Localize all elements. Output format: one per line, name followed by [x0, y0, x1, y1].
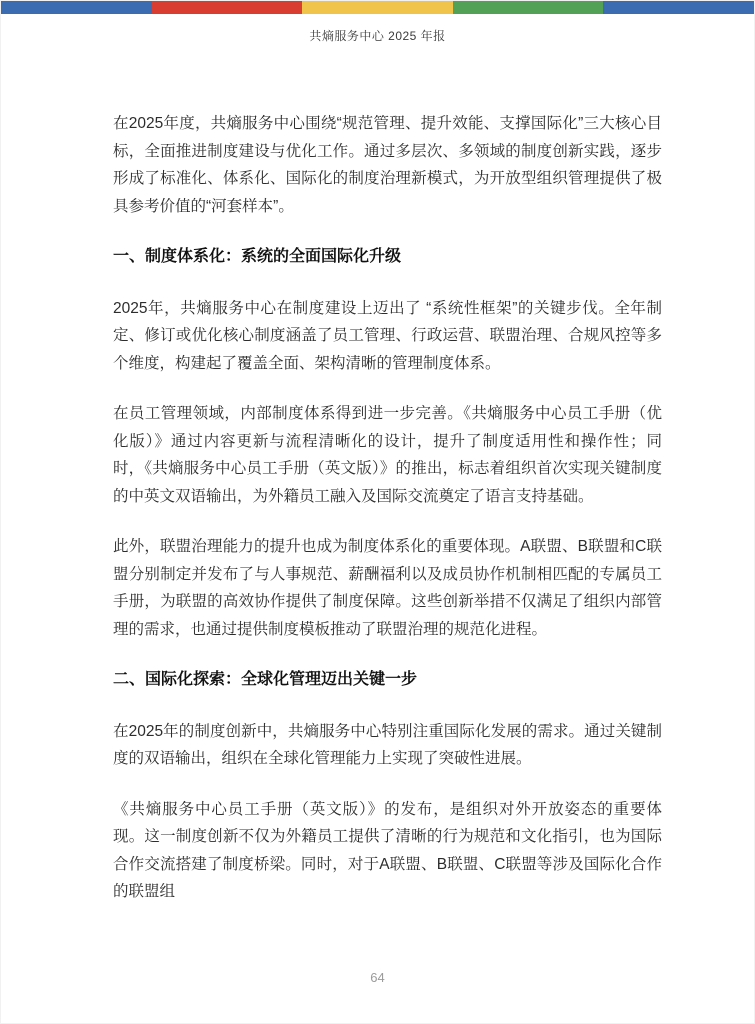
- accent-bar: [1, 1, 754, 14]
- document-body: 在2025年度，共熵服务中心围绕“规范管理、提升效能、支撑国际化”三大核心目标，…: [113, 110, 662, 906]
- accent-bar-segment-yellow: [302, 1, 453, 14]
- section-2-paragraph-2: 《共熵服务中心员工手册（英文版）》的发布，是组织对外开放姿态的重要体现。这一制度…: [113, 796, 662, 906]
- accent-bar-segment-blue-left: [1, 1, 152, 14]
- section-1-paragraph-1: 2025年，共熵服务中心在制度建设上迈出了 “系统性框架”的关键步伐。全年制定、…: [113, 295, 662, 378]
- page-number: 64: [370, 970, 384, 985]
- section-1-heading: 一、制度体系化：系统的全面国际化升级: [113, 243, 662, 271]
- section-2-paragraph-1: 在2025年的制度创新中，共熵服务中心特别注重国际化发展的需求。通过关键制度的双…: [113, 718, 662, 773]
- report-page: 共熵服务中心 2025 年报 在2025年度，共熵服务中心围绕“规范管理、提升效…: [0, 0, 755, 1024]
- intro-paragraph: 在2025年度，共熵服务中心围绕“规范管理、提升效能、支撑国际化”三大核心目标，…: [113, 110, 662, 220]
- accent-bar-segment-blue-right: [603, 1, 754, 14]
- accent-bar-segment-red: [152, 1, 303, 14]
- report-title: 共熵服务中心 2025 年报: [309, 29, 445, 43]
- section-1-paragraph-2: 在员工管理领域，内部制度体系得到进一步完善。《共熵服务中心员工手册（优化版）》通…: [113, 400, 662, 510]
- section-1-paragraph-3: 此外，联盟治理能力的提升也成为制度体系化的重要体现。A联盟、B联盟和C联盟分别制…: [113, 533, 662, 643]
- page-header: 共熵服务中心 2025 年报: [1, 27, 754, 44]
- accent-bar-segment-green: [453, 1, 604, 14]
- page-footer: 64: [1, 970, 754, 985]
- section-2-heading: 二、国际化探索：全球化管理迈出关键一步: [113, 666, 662, 694]
